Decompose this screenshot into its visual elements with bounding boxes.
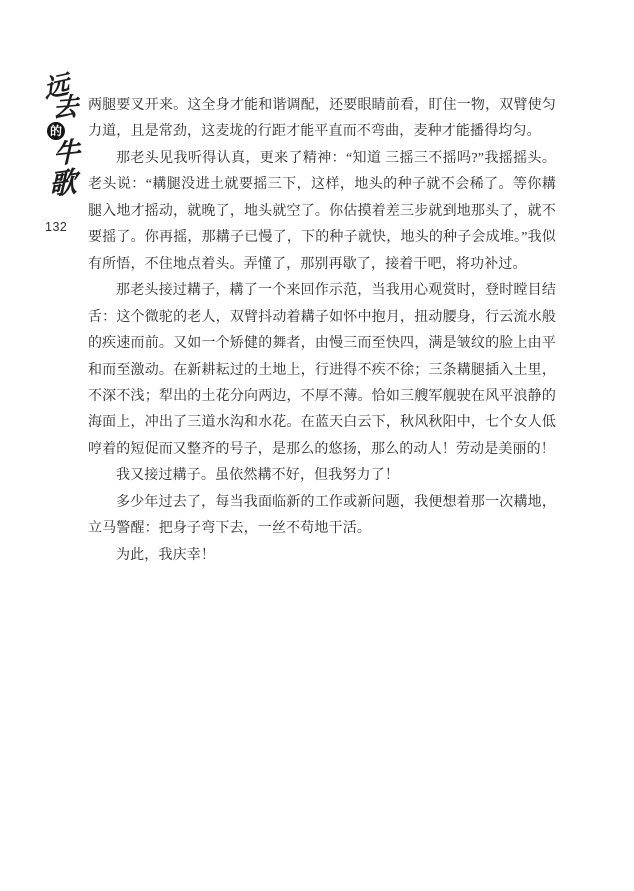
side-title-calligraphy: 远 去 的 牛 歌 (36, 74, 86, 198)
paragraph-1: 两腿要叉开来。这全身才能和谐调配，还要眼睛前看，盯住一物，双臂使匀力道，且是常劲… (88, 93, 556, 146)
page-number: 132 (45, 220, 67, 234)
book-page: 远 去 的 牛 歌 132 两腿要叉开来。这全身才能和谐调配，还要眼睛前看，盯住… (0, 0, 634, 891)
paragraph-2: 那老头见我听得认真，更来了精神：“知道 三摇三不摇吗?”我摇摇头。老头说：“耩腿… (88, 146, 556, 278)
paragraph-4: 我又接过耩子。虽依然耩不好，但我努力了！ (88, 463, 556, 489)
paragraph-6: 为此，我庆幸！ (88, 543, 556, 569)
paragraph-3: 那老头接过耩子，耩了一个来回作示范，当我用心观赏时，登时瞠目结舌：这个微驼的老人… (88, 278, 556, 463)
calligraphy-char-ge: 歌 (49, 168, 77, 200)
body-text: 两腿要叉开来。这全身才能和谐调配，还要眼睛前看，盯住一物，双臂使匀力道，且是常劲… (88, 93, 556, 569)
calligraphy-char-qu: 去 (53, 94, 79, 121)
paragraph-5: 多少年过去了，每当我面临新的工作或新问题，我便想着那一次耩地，立马警醒：把身子弯… (88, 490, 556, 543)
